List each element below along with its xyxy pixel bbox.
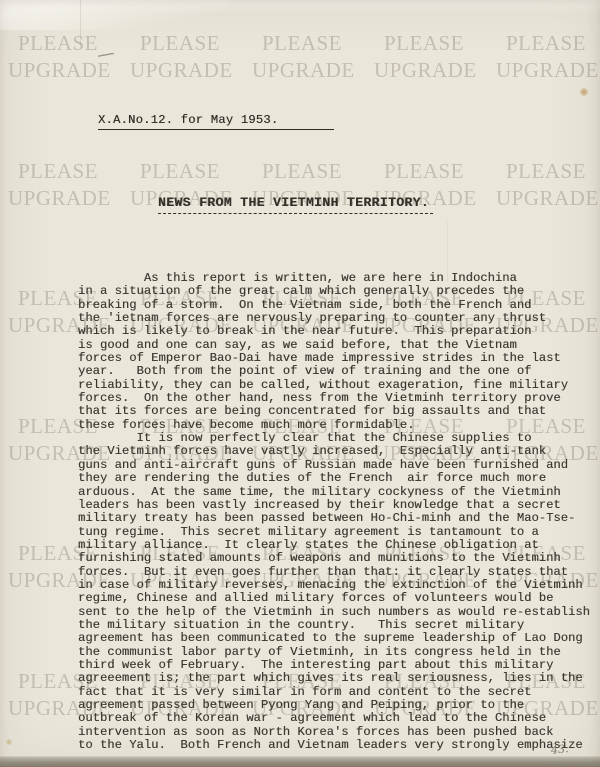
text-line: reliability, they can be called, without… (78, 379, 590, 392)
watermark-word-please: PLEASE (506, 30, 599, 57)
watermark-tile: PLEASEUPGRADE (374, 30, 477, 84)
watermark-word-upgrade: UPGRADE (496, 57, 599, 84)
paper-speck (6, 739, 12, 745)
watermark-word-please: PLEASE (18, 158, 111, 185)
text-line: the Vietminh forces have vastly increase… (78, 445, 590, 458)
watermark-tile: PLEASEUPGRADE (8, 30, 111, 84)
watermark-word-please: PLEASE (262, 158, 355, 185)
watermark-word-please: PLEASE (140, 158, 233, 185)
text-line: agreeement is; the part which gives its … (78, 672, 590, 685)
text-line: to the Yalu. Both French and Vietnam lea… (78, 739, 590, 752)
text-line: forces of Emperor Bao-Dai have made impr… (78, 352, 590, 365)
text-line: forces. But it even goes further than th… (78, 566, 590, 579)
text-line: intervention as soon as North Korea's fo… (78, 726, 590, 739)
paper-crease (80, 0, 81, 48)
text-line: military alliance. It clearly states the… (78, 539, 590, 552)
text-line: furnishing stated amounts of weapons and… (78, 552, 590, 565)
text-line: military treaty has been passed between … (78, 512, 590, 525)
text-line: tung regime. This secret military agreem… (78, 526, 590, 539)
watermark-tile: PLEASEUPGRADE (496, 158, 599, 212)
watermark-word-upgrade: UPGRADE (130, 57, 233, 84)
text-line: As this report is written, we are here i… (78, 272, 590, 285)
watermark-tile: PLEASEUPGRADE (8, 158, 111, 212)
text-line: agreement passed between Pyong Yang and … (78, 699, 590, 712)
watermark-word-upgrade: UPGRADE (374, 57, 477, 84)
text-line: agreement has been communicated to the s… (78, 632, 590, 645)
watermark-word-upgrade: UPGRADE (252, 57, 355, 84)
text-line: which is likely to break in the near fut… (78, 325, 590, 338)
watermark-word-upgrade: UPGRADE (8, 57, 111, 84)
scanned-document-page: PLEASEUPGRADEPLEASEUPGRADEPLEASEUPGRADEP… (0, 0, 600, 767)
text-line: sent to the help of the Vietminh in such… (78, 606, 590, 619)
text-line: these forces have become much more formi… (78, 419, 590, 432)
watermark-word-please: PLEASE (384, 30, 477, 57)
text-line: year. Both from the point of view of tra… (78, 365, 590, 378)
text-line: arduous. At the same time, the military … (78, 486, 590, 499)
text-line: the military situation in the country. T… (78, 619, 590, 632)
text-line: in a situation of the great calm which g… (78, 285, 590, 298)
scan-corner-highlight (0, 0, 230, 30)
watermark-word-please: PLEASE (140, 30, 233, 57)
text-line: they are rendering the duties of the Fre… (78, 472, 590, 485)
text-line: the communist labor party of Vietminh, i… (78, 646, 590, 659)
watermark-word-please: PLEASE (384, 158, 477, 185)
text-line: the 'ietnam forces are nervously prepari… (78, 312, 590, 325)
text-line: that its forces are being concentrated f… (78, 405, 590, 418)
page-number-annotation: 43. (550, 742, 569, 757)
text-line: fact that it is very similar in form and… (78, 686, 590, 699)
scan-bottom-edge (0, 756, 600, 767)
text-line: breaking of a storm. On the Vietnam side… (78, 299, 590, 312)
document-reference: X.A.No.12. for May 1953. (98, 113, 334, 130)
watermark-tile: PLEASEUPGRADE (496, 30, 599, 84)
watermark-tile: PLEASEUPGRADE (252, 30, 355, 84)
text-line: regime, Chinese and allied military forc… (78, 592, 590, 605)
document-heading: NEWS FROM THE VIETMINH TERRITORY. (158, 195, 433, 214)
text-line: is good and one can say, as we said befo… (78, 339, 590, 352)
pencil-scribble-mark (98, 51, 115, 60)
watermark-word-please: PLEASE (506, 158, 599, 185)
watermark-word-upgrade: UPGRADE (8, 185, 111, 212)
text-line: in case of military reverses, menacing t… (78, 579, 590, 592)
text-line: forces. On the other hand, ness from the… (78, 392, 590, 405)
watermark-tile: PLEASEUPGRADE (130, 30, 233, 84)
text-line: outbreak of the Korean war - agreement w… (78, 712, 590, 725)
watermark-word-upgrade: UPGRADE (496, 185, 599, 212)
watermark-word-please: PLEASE (262, 30, 355, 57)
text-line: third week of February. The interesting … (78, 659, 590, 672)
paper-stain (580, 88, 588, 96)
text-line: guns and anti-aircraft guns of Russian m… (78, 459, 590, 472)
text-line: leaders has been vastly increased by the… (78, 499, 590, 512)
text-line: It is now perfectly clear that the Chine… (78, 432, 590, 445)
body-text: As this report is written, we are here i… (78, 272, 590, 752)
